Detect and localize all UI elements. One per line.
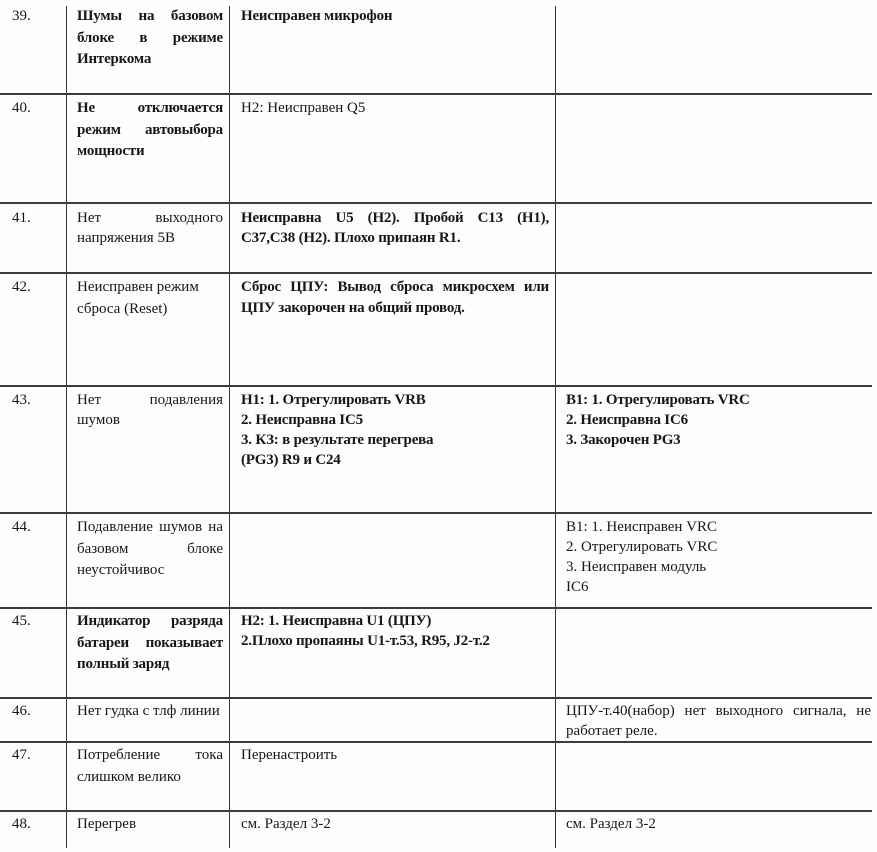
column-divider-num [66,6,67,848]
base-fix-cell: см. Раздел 3-2 [566,814,871,834]
symptom-cell: Индикатор разряда батареи показывает пол… [77,611,223,676]
symptom-cell: Перегрев [77,814,223,834]
column-divider-handset [555,6,556,848]
handset-fix-cell: Неисправна U5 (H2). Пробой C13 (H1), C37… [241,208,549,248]
row-divider [0,741,872,743]
symptom-cell: Подавление шумов на базовом блоке неусто… [77,517,223,582]
row-number: 46. [12,701,62,721]
handset-fix-cell: Перенастроить [241,745,549,765]
row-divider [0,810,872,812]
symptom-cell: Не отключается режим автовыбора мощности [77,98,223,163]
row-number: 42. [12,277,62,297]
row-number: 45. [12,611,62,631]
handset-fix-cell: см. Раздел 3-2 [241,814,549,834]
row-number: 48. [12,814,62,834]
handset-fix-cell: H2: 1. Неисправна U1 (ЦПУ) 2.Плохо пропа… [241,611,549,651]
row-number: 40. [12,98,62,118]
symptom-cell: Нет выходного напряжения 5В [77,208,223,248]
row-number: 43. [12,390,62,410]
scanned-table-page: 39. Шумы на базовом блоке в режиме Интер… [0,0,877,852]
handset-fix-cell: Сброс ЦПУ: Вывод сброса микросхем или ЦП… [241,277,549,319]
symptom-cell: Нет подавления шумов [77,390,223,430]
row-divider [0,202,872,204]
row-divider [0,93,872,95]
row-number: 39. [12,6,62,26]
column-divider-symptom [229,6,230,848]
row-divider [0,512,872,514]
row-divider [0,607,872,609]
base-fix-cell: B1: 1. Отрегулировать VRC 2. Неисправна … [566,390,871,450]
symptom-cell: Шумы на базовом блоке в режиме Интеркома [77,6,223,71]
base-fix-cell: ЦПУ-т.40(набор) нет выходного сигнала, н… [566,701,871,741]
symptom-cell: Нет гудка с тлф линии [77,701,223,721]
handset-fix-cell: H2: Неисправен Q5 [241,98,549,118]
symptom-cell: Потребление тока слишком велико [77,745,223,788]
symptom-cell: Неисправен режим сброса (Reset) [77,277,223,320]
handset-fix-cell: Неисправен микрофон [241,6,549,26]
row-divider [0,272,872,274]
row-number: 44. [12,517,62,537]
base-fix-cell: B1: 1. Неисправен VRC 2. Отрегулировать … [566,517,871,597]
row-divider [0,385,872,387]
row-number: 41. [12,208,62,228]
row-number: 47. [12,745,62,765]
handset-fix-cell: H1: 1. Отрегулировать VRB 2. Неисправна … [241,390,549,470]
row-divider [0,697,872,699]
